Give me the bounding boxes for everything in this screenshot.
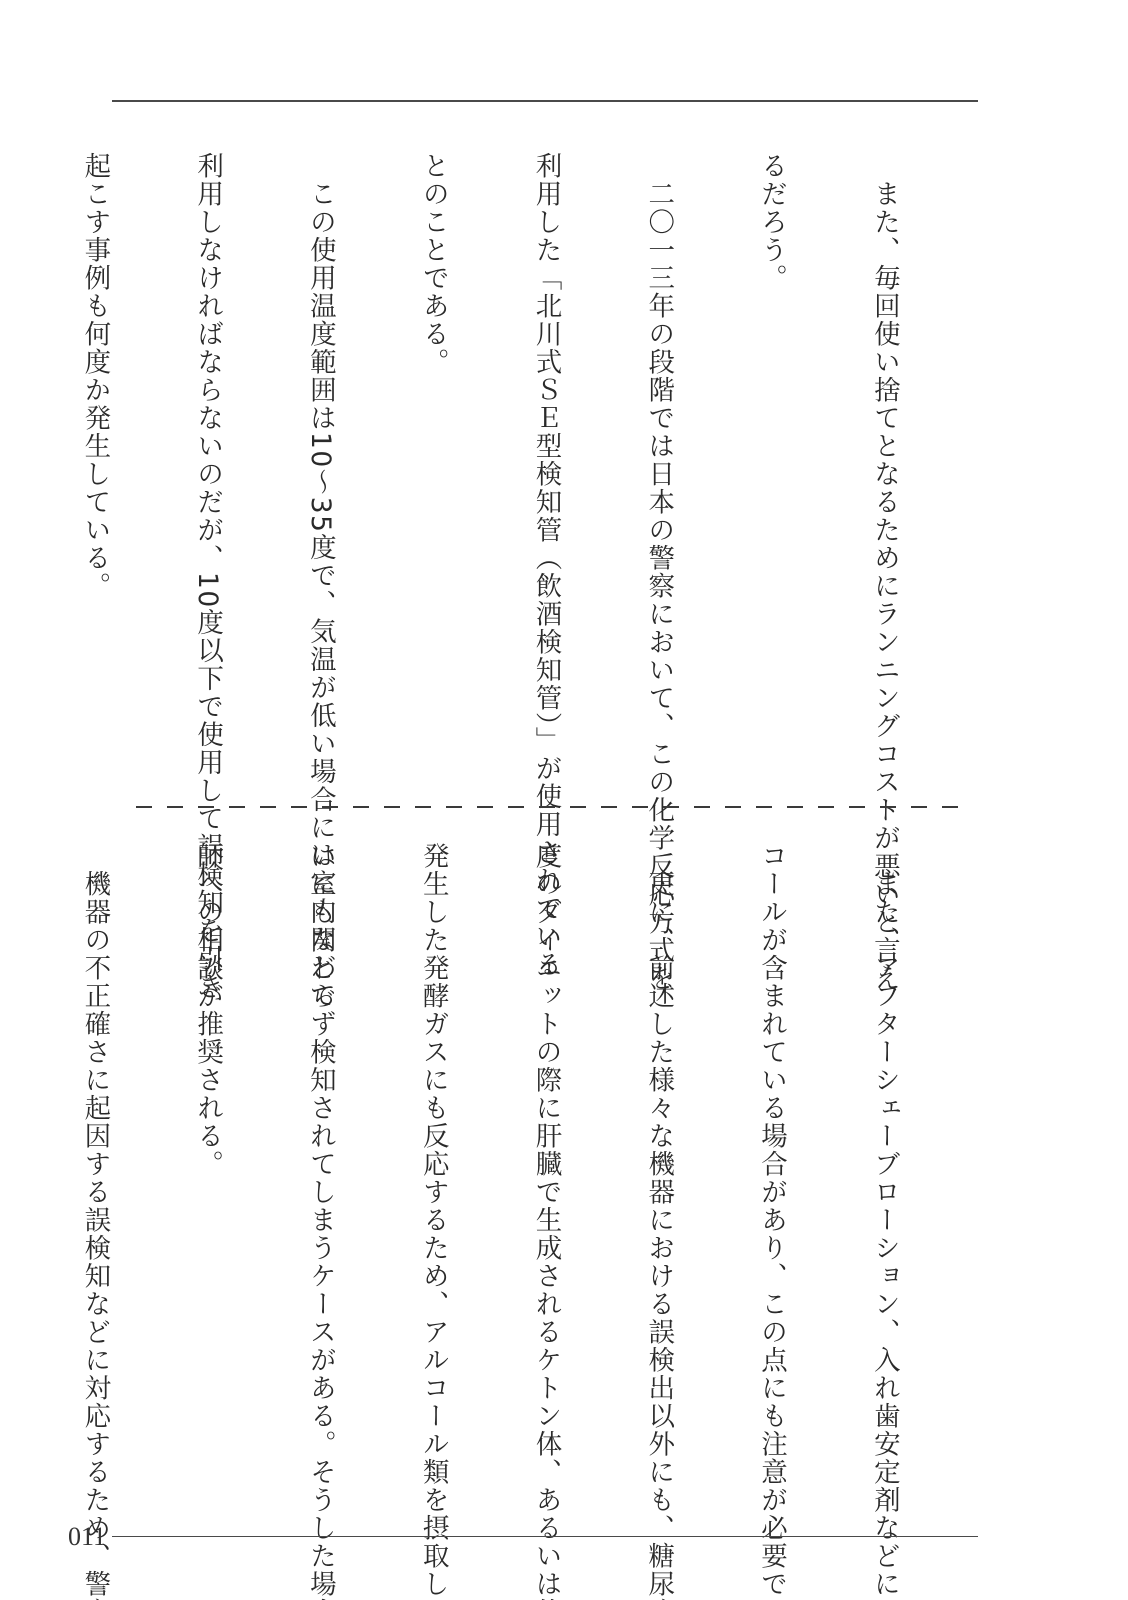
text-column: るだろう。 [752, 152, 790, 762]
text-column: 発生した発酵ガスにも反応するため、アルコール類を摂取していな [414, 842, 452, 1482]
page-number: 011 [68, 1522, 106, 1552]
text-column: また、アフターシェーブローション、入れ歯安定剤などにもアル [865, 842, 903, 1482]
header-rule [112, 100, 978, 102]
text-column: この使用温度範囲は10～35度で、気温が低い場合には室内などで [301, 152, 339, 762]
text-column: 更に、前述した様々な機器における誤検出以外にも、糖尿病や過 [640, 842, 678, 1482]
text-column: 利用した「北川式ＳＥ型検知管（飲酒検知管）」が使用されている [527, 152, 565, 762]
footer-rule [112, 1536, 978, 1537]
text-column-blank: ​ [0, 152, 1, 762]
text-column: 民間でも、必ず検知機器の利用以外に、顔色、声の調子、酒の臭い [0, 842, 1, 1482]
text-column: コールが含まれている場合があり、この点にも注意が必要である。 [752, 842, 790, 1482]
upper-text-tier: また、毎回使い捨てとなるためにランニングコストが悪いと言え るだろう。 二〇一三… [138, 152, 978, 762]
text-column: 二〇一三年の段階では日本の警察において、この化学反応方式を [640, 152, 678, 762]
lower-text-block: また、アフターシェーブローション、入れ歯安定剤などにもアル コールが含まれている… [0, 842, 978, 1482]
text-column: 起こす事例も何度か発生している。 [76, 152, 114, 762]
text-column: 機器の不正確さに起因する誤検知などに対応するため、警察でも [76, 842, 114, 1482]
text-column: とのことである。 [414, 152, 452, 762]
text-column: また、毎回使い捨てとなるためにランニングコストが悪いと言え [865, 152, 903, 762]
text-column: 師への相談が推奨される。 [189, 842, 227, 1482]
lower-text-tier: また、アフターシェーブローション、入れ歯安定剤などにもアル コールが含まれている… [138, 842, 978, 1482]
text-column: いにも関わらず検知されてしまうケースがある。そうした場合は医 [301, 842, 339, 1482]
upper-text-block: また、毎回使い捨てとなるためにランニングコストが悪いと言え るだろう。 二〇一三… [0, 152, 978, 762]
tier-separator-dashed [136, 806, 968, 808]
text-column: 利用しなければならないのだが、10度以下で使用して誤検知を引き [189, 152, 227, 762]
text-column: 度のダイエットの際に肝臓で生成されるケトン体、あるいは体内で [527, 842, 565, 1482]
